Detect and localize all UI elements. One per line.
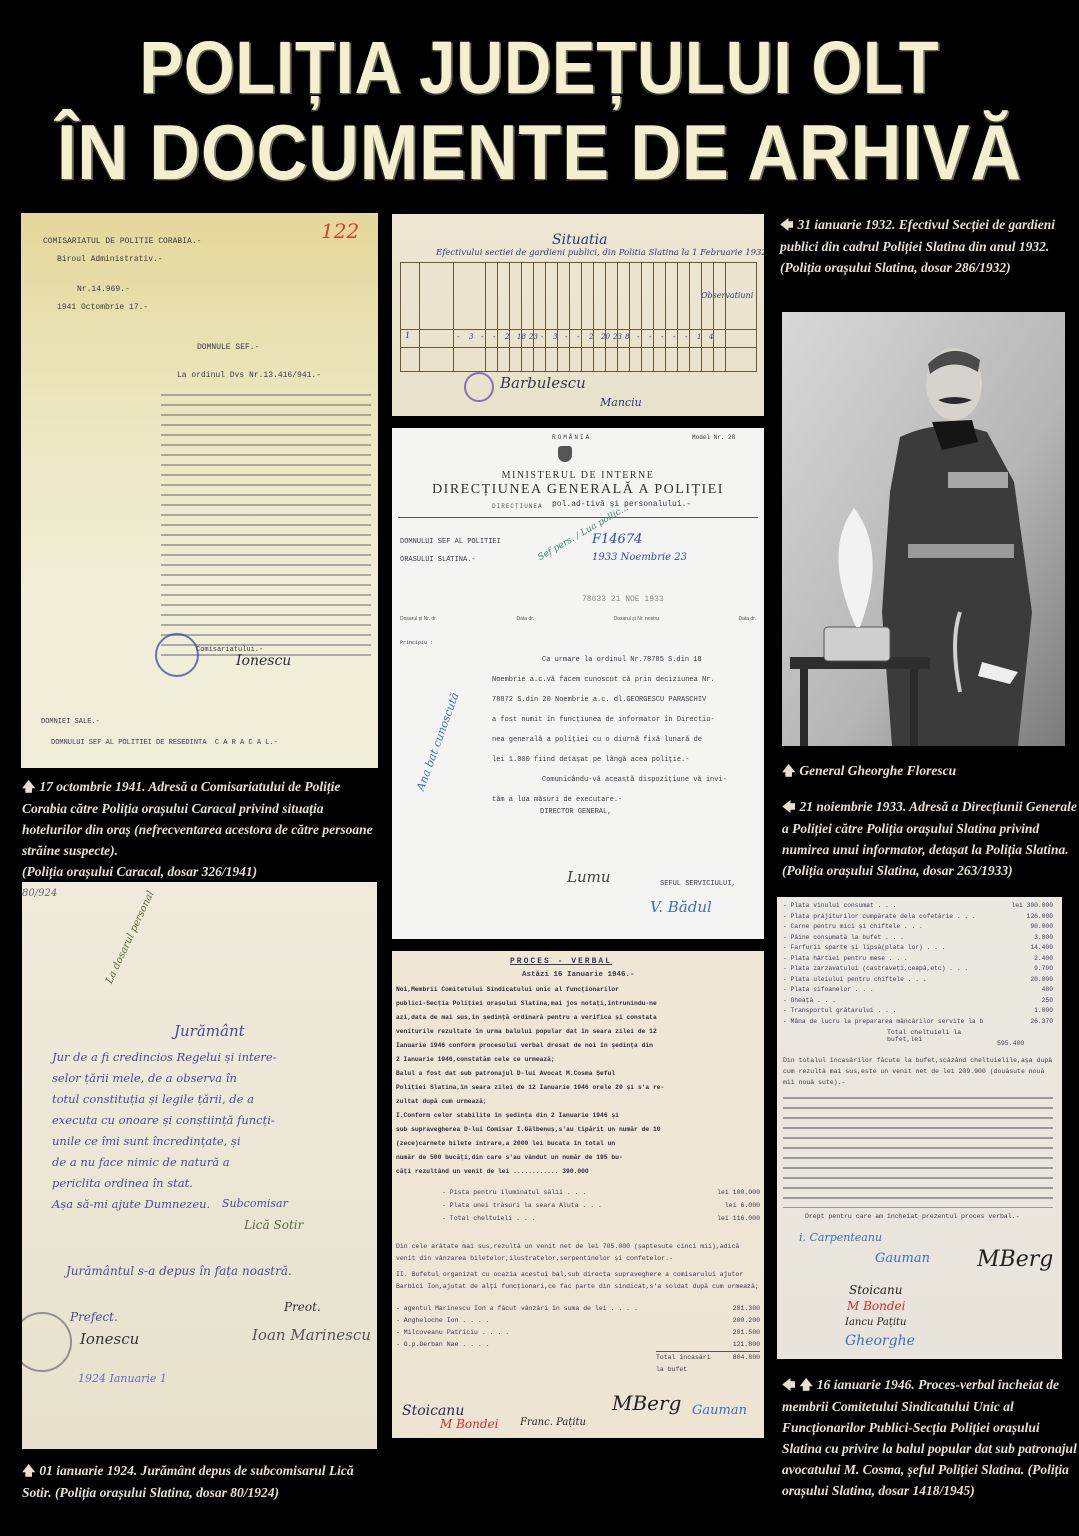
table-column-line: [677, 263, 678, 371]
signature: Gauman: [692, 1403, 747, 1418]
prefect-signature: Ionescu: [80, 1330, 139, 1348]
cost-label: - Farfurii sparte și lipsă(plata lor) . …: [783, 943, 946, 954]
letter-body: Ca urmare la ordinul Nr.78785 S.din 18No…: [492, 650, 762, 810]
signature: Barbulescu: [500, 374, 586, 392]
signature: MBerg: [612, 1391, 681, 1415]
cost-label: - Pâine consumată la bufet . . .: [783, 933, 904, 944]
remarks-header: Observatiuni: [701, 291, 753, 300]
cost-label: - Plata sifoanelor . . .: [783, 985, 874, 996]
arrow-up-icon: 🡅: [22, 1464, 35, 1479]
typed-body-block: [783, 1093, 1053, 1208]
seller-name: - Angheloche Ion . . . .: [396, 1315, 490, 1327]
table-cell: 23: [613, 333, 622, 341]
arrow-up-icon: 🡅: [22, 780, 35, 795]
table-column-line: [521, 263, 522, 371]
doc-date: 1941 Octombrie 17.-: [57, 303, 148, 312]
document-1924-oath[interactable]: 80/924 La dosarul personal Jurământ Jur …: [22, 882, 377, 1449]
expense-value: lei 100.000: [717, 1186, 760, 1199]
cost-value: 90.000: [1030, 922, 1053, 933]
registration-number: F14674: [592, 532, 642, 547]
letter-line: Ca urmare la ordinul Nr.78785 S.din 18: [492, 650, 762, 670]
table-column-line: [629, 263, 630, 371]
table-cell: -: [457, 333, 459, 341]
director-general-label: DIRECTOR GENERAL,: [540, 808, 611, 816]
doc-salutation: DOMNULE SEF.-: [197, 343, 259, 352]
cost-label: - Plata vinului consumat . . .: [783, 901, 896, 912]
table-cell: -: [673, 333, 675, 341]
doc-address-line: DOMNIEI SALE.-: [41, 718, 100, 726]
caption-1932: 🡄31 ianuarie 1932. Efectivul Secției de …: [780, 214, 1079, 278]
cost-value: 26.370: [1030, 1017, 1053, 1028]
cost-value: 480: [1042, 985, 1053, 996]
buffet-total-row: Total încasări la bufet804.800: [656, 1351, 760, 1376]
signature-red: M Bondei: [440, 1417, 499, 1431]
table-column-line: [569, 263, 570, 371]
signature: Gheorghe: [845, 1333, 915, 1349]
buffet-sale-row: - agentul Marinescu Ion a făcut vânzări …: [396, 1303, 760, 1315]
buffet-costs-total: 595.400: [997, 1040, 1024, 1047]
table-cell: 1: [697, 333, 701, 341]
cost-label: - Transportul grătarului . . .: [783, 1006, 896, 1017]
buffet-total-label: Total încasări la bufet: [656, 1352, 719, 1376]
cost-row: - Farfurii sparte și lipsă(plata lor) . …: [783, 943, 1053, 954]
buffet-net-text: Din totalul încasărilor făcute la bufet,…: [783, 1055, 1053, 1088]
divider: [398, 517, 758, 518]
signature: Lumu: [567, 868, 611, 886]
proces-verbal-line: azi,data de mai sus,în ședință ordinară …: [396, 1011, 760, 1025]
oath-body: Jur de a fi credincios Regelui și intere…: [52, 1047, 372, 1215]
proces-verbal-line: I.Conform celor stabilite în ședința din…: [396, 1109, 760, 1123]
signature: i. Carpenteanu: [799, 1231, 882, 1244]
buffet-costs-total-label: Total cheltuieli la bufet,lei: [887, 1029, 997, 1043]
table-column-line: [581, 263, 582, 371]
doc-header-line: COMISARIATUL DE POLITIE CORABIA.-: [43, 237, 201, 246]
expense-label: - Total cheltuieli . . .: [442, 1212, 536, 1225]
document-1932-gardieni-table[interactable]: Situatia Efectivului sectiei de gardieni…: [392, 214, 764, 416]
expense-row: - Total cheltuieli . . .lei 116.000: [442, 1212, 760, 1225]
document-1941-corabia-report[interactable]: COMISARIATUL DE POLITIE CORABIA.- Biroul…: [21, 213, 378, 768]
table-subtitle: Efectivului sectiei de gardieni publici,…: [436, 248, 764, 258]
proces-verbal-line: veniturile rezultate în urma balului pop…: [396, 1025, 760, 1039]
witness-statement: Jurământul s-a depus în fața noastră.: [66, 1260, 346, 1282]
arrow-left-icon: 🡄: [782, 1378, 795, 1393]
pencil-annotation: La dosarul personal: [104, 890, 157, 986]
cost-value: 2.400: [1034, 954, 1053, 965]
arrow-left-icon: 🡄: [782, 800, 795, 815]
signature: Iancu Pațitu: [845, 1317, 907, 1328]
expense-label: - Plata unei trăsuri la seara Aluta . . …: [442, 1199, 602, 1212]
cost-row: - Mâna de lucru la prepararea mâncărilor…: [783, 1017, 1053, 1028]
table-cell: -: [577, 333, 579, 341]
buffet-intro-text: II. Bufetul organizat cu ocazia acestui …: [396, 1269, 760, 1293]
sale-value: 200.200: [733, 1315, 760, 1327]
table-column-line: [509, 263, 510, 371]
oath-line: de a nu face nimic de natură a: [52, 1152, 372, 1173]
reference-field-label: Data dr.: [517, 616, 535, 626]
proces-verbal-body: Noi,Membrii Comitetului Sindicatului uni…: [396, 983, 760, 1179]
closing-line: Drept pentru care am încheiat prezentul …: [805, 1213, 1020, 1220]
cost-row: - Plata zarzavatului (castraveți,ceapă,e…: [783, 964, 1053, 975]
cost-label: - Plata prăjiturilor cumpărate dela cofe…: [783, 912, 976, 923]
cost-value: 3.800: [1034, 933, 1053, 944]
table-cell: -: [649, 333, 651, 341]
cost-row: - Plata vinului consumat . . .lei 300.00…: [783, 901, 1053, 912]
signature: Stoicanu: [849, 1283, 902, 1297]
proces-verbal-title: PROCES - VERBAL: [510, 957, 612, 966]
table-column-line: [713, 263, 714, 371]
arrow-left-icon: 🡄: [780, 218, 793, 233]
rank: Subcomisar: [222, 1197, 288, 1210]
cost-label: - Plata zarzavatului (castraveți,ceapă,e…: [783, 964, 968, 975]
proces-verbal-line: număr de 500 bucăți,din care s'au vândut…: [396, 1151, 760, 1165]
addressee-line: ORASULUI SLATINA.-: [400, 556, 476, 564]
cost-row: - Plata uleiului pentru chiftele . . .20…: [783, 975, 1053, 986]
table-cell: 3: [553, 333, 557, 341]
expenses-list: - Pista pentru iluminatul sălii . . .lei…: [442, 1186, 760, 1225]
table-cell: -: [685, 333, 687, 341]
table-column-line: [453, 263, 454, 371]
table-column-line: [617, 263, 618, 371]
caption-1946: 🡄🡅16 ianuarie 1946. Proces-verbal închei…: [782, 1374, 1079, 1501]
typed-body-block: [161, 389, 371, 664]
expense-label: - Pista pentru iluminatul sălii . . .: [442, 1186, 586, 1199]
stamp-icon: [464, 372, 494, 402]
expense-row: - Pista pentru iluminatul sălii . . .lei…: [442, 1186, 760, 1199]
buffet-sale-row: - Milcoveanu Patriciu . . . .201.500: [396, 1327, 760, 1339]
letter-line: tăm a lua măsuri de executare.-: [492, 790, 762, 810]
cost-row: - Pâine consumată la bufet . . .3.800: [783, 933, 1053, 944]
expense-row: - Plata unei trăsuri la seara Aluta . . …: [442, 1199, 760, 1212]
table-column-line: [593, 263, 594, 371]
caption-1924: 🡅01 ianuarie 1924. Jurământ depus de sub…: [22, 1460, 382, 1503]
photo-general-florescu[interactable]: [782, 312, 1065, 746]
poster-title-line-2: ÎN DOCUMENTE DE ARHIVĂ: [54, 110, 1025, 194]
letter-line: lei 1.000 fiind detașat pe lângă acea po…: [492, 750, 762, 770]
cost-row: - Plata hârtiei pentru mese . . .2.400: [783, 954, 1053, 965]
personnel-table: 1 Observatiuni -3--21823-3--220238-----1…: [400, 262, 757, 372]
proces-verbal-line: publici-Secția Poliției orașului Slatina…: [396, 997, 760, 1011]
registration-date: 1933 Noembrie 23: [592, 552, 687, 563]
folio-number: 122: [321, 219, 359, 243]
cost-label: - Plata hârtiei pentru mese . . .: [783, 954, 908, 965]
table-title: Situatia: [552, 232, 608, 248]
cost-label: - Carne pentru mici și chiftele . . .: [783, 922, 923, 933]
proces-verbal-line: Poliției Slatina,în seara zilei de 12 Ia…: [396, 1081, 760, 1095]
seal-icon: [22, 1312, 72, 1372]
cost-row: - Plata prăjiturilor cumpărate dela cofe…: [783, 912, 1053, 923]
arrow-up-icon: 🡅: [782, 764, 795, 779]
table-row-number: 1: [405, 331, 410, 340]
caption-photo: 🡅General Gheorghe Florescu: [782, 760, 1072, 782]
seller-name: - Milcoveanu Patriciu . . . .: [396, 1327, 509, 1339]
table-column-line: [641, 263, 642, 371]
letter-line: Noembrie a.c.vă facem cunoscut că prin d…: [492, 670, 762, 690]
signature: Ionescu: [236, 653, 291, 669]
document-1946-proces-verbal-page-1[interactable]: PROCES - VERBAL Astăzi 16 Ianuarie 1946.…: [392, 951, 764, 1438]
document-1946-proces-verbal-page-2[interactable]: - Plata vinului consumat . . .lei 300.00…: [777, 897, 1062, 1359]
proces-verbal-line: sub supravegherea D-lui Comisar I.Gălben…: [396, 1123, 760, 1137]
table-column-line: [485, 263, 486, 371]
cost-value: 20.000: [1030, 975, 1053, 986]
table-cell: -: [493, 333, 495, 341]
cost-value: 1.000: [1034, 1006, 1053, 1017]
table-cell: -: [565, 333, 567, 341]
proces-verbal-line: Noi,Membrii Comitetului Sindicatului uni…: [396, 983, 760, 997]
letter-line: Comunicându-vă această dispozițiune vă i…: [492, 770, 762, 790]
oath-line: Așa să-mi ajute Dumnezeu.: [52, 1194, 372, 1215]
oath-date: 1924 Ianuarie 1: [78, 1372, 167, 1385]
table-column-line: [497, 263, 498, 371]
table-column-line: [665, 263, 666, 371]
ministry-name: MINISTERUL DE INTERNE: [392, 470, 764, 481]
cost-row: - Plata sifoanelor . . .480: [783, 985, 1053, 996]
oath-taker-name: Lică Sotir: [244, 1218, 303, 1232]
reference-field-label: Dosarul și Nr. nostru: [614, 616, 659, 626]
proces-verbal-line: (zece)carnete bilete intrare,a 2000 lei …: [396, 1137, 760, 1151]
doc-header-line: Biroul Administrativ.-: [57, 255, 163, 264]
doc-reference: La ordinul Dvs Nr.13.416/941.-: [177, 371, 321, 380]
proces-verbal-line: Balul a fost dat sub patronajul D-lui Av…: [396, 1067, 760, 1081]
cost-value: 126.000: [1027, 912, 1053, 923]
table-column-line: [533, 263, 534, 371]
expense-value: lei 6.000: [725, 1199, 760, 1212]
arrow-up-icon: 🡅: [799, 1378, 812, 1393]
coat-of-arms-icon: [558, 446, 572, 462]
oath-line: periclita ordinea în stat.: [52, 1173, 372, 1194]
cost-row: - Transportul grătarului . . .1.000: [783, 1006, 1053, 1017]
reference-field-label: Dosarul și Nr. dr.: [400, 616, 437, 626]
table-column-line: [557, 263, 558, 371]
buffet-sale-row: - G.p.Gerban Nae . . . .121.800: [396, 1339, 760, 1351]
proces-verbal-line: zultat după cum urmează;: [396, 1095, 760, 1109]
table-cell: 18: [517, 333, 526, 341]
reference-field-label: Data dr.: [738, 616, 756, 626]
portrait-illustration: [782, 312, 1065, 746]
table-cell: -: [481, 333, 483, 341]
doc-model: Model Nr. 28: [692, 434, 735, 441]
cost-row: - Carne pentru mici și chiftele . . .90.…: [783, 922, 1053, 933]
addressee-line: DOMNULUI SEF AL POLITIEI: [400, 538, 501, 546]
cost-value: 14.400: [1030, 943, 1053, 954]
doc-number: Nr.14.969.-: [77, 285, 130, 294]
buffet-sale-row: - Angheloche Ion . . . .200.200: [396, 1315, 760, 1327]
proces-verbal-line: 2 Ianuarie 1946,constatăm cele ce urmeaz…: [396, 1053, 760, 1067]
service-chief-label: SEFUL SERVICIULUI,: [660, 880, 736, 888]
table-column-line: [701, 263, 702, 371]
cost-row: - Gheață . . .250: [783, 996, 1053, 1007]
reference-fields-row: Dosarul și Nr. dr.Data dr.Dosarul și Nr.…: [400, 616, 756, 626]
table-cell: 8: [625, 333, 629, 341]
buffet-total-value: 804.800: [733, 1352, 760, 1376]
signature: MBerg: [977, 1247, 1053, 1272]
signature-red: M Bondei: [847, 1299, 906, 1313]
table-cell: 2: [589, 333, 593, 341]
proces-verbal-continuation: Din cele arătate mai sus,rezultă un veni…: [396, 1241, 760, 1293]
doc-address-line: DOMNULUI SEF AL POLITIEI DE RESEDINTA C …: [51, 739, 278, 747]
net-income-text: Din cele arătate mai sus,rezultă un veni…: [396, 1241, 760, 1265]
caption-1933: 🡄21 noiembrie 1933. Adresă a Direcțiunii…: [782, 796, 1079, 881]
table-column-line: [653, 263, 654, 371]
priest-signature: Ioan Marinescu: [252, 1326, 371, 1344]
cost-label: - Gheață . . .: [783, 996, 836, 1007]
cost-label: - Plata uleiului pentru chiftele . . .: [783, 975, 927, 986]
letter-line: nea generală a poliției cu o diurnă fixă…: [492, 730, 762, 750]
seller-name: - G.p.Gerban Nae . . . .: [396, 1339, 490, 1351]
oath-line: executa cu onoare și conștiință funcți-: [52, 1110, 372, 1131]
proces-verbal-line: Ianuarie 1946 conform procesului verbal …: [396, 1039, 760, 1053]
blue-annotation: Ana bat cunoscută: [414, 691, 462, 793]
signature: Franc. Pațitu: [520, 1417, 586, 1428]
table-column-line: [605, 263, 606, 371]
cost-value: 250: [1042, 996, 1053, 1007]
cost-value: lei 300.000: [1011, 901, 1053, 912]
buffet-sales-list: - agentul Marinescu Ion a făcut vânzări …: [396, 1303, 760, 1376]
table-column-line: [725, 263, 726, 371]
table-cell: -: [541, 333, 543, 341]
caption-1941: 🡅17 octombrie 1941. Adresă a Comisariatu…: [22, 776, 377, 882]
file-annotation: 80/924: [22, 888, 57, 899]
expense-value: lei 116.000: [717, 1212, 760, 1225]
direction-label: DIRECȚIUNEA: [492, 503, 543, 510]
oath-line: Jur de a fi credincios Regelui și intere…: [52, 1047, 372, 1068]
signature: V. Bădul: [650, 898, 712, 916]
priest-label: Preot.: [284, 1300, 321, 1314]
proces-verbal-date: Astăzi 16 Ianuarie 1946.-: [522, 971, 635, 979]
directorate-name: DIRECȚIUNEA GENERALĂ A POLIȚIEI: [392, 482, 764, 498]
seller-name: - agentul Marinescu Ion a făcut vânzări …: [396, 1303, 638, 1315]
signature: Manciu: [600, 396, 642, 409]
sale-value: 121.800: [733, 1339, 760, 1351]
letter-line: 78872 S.din 20 Noembrie a.c. dl.GEORGESC…: [492, 690, 762, 710]
cost-label: - Mâna de lucru la prepararea mâncărilor…: [783, 1017, 983, 1028]
table-column-line: [689, 263, 690, 371]
police-stamp-icon: [155, 633, 199, 677]
receipt-stamp: 78633 21 NOE 1933: [582, 595, 664, 604]
doc-country: ROMÂNIA: [552, 434, 591, 441]
oath-title: Jurământ: [174, 1022, 245, 1040]
poster-title-line-1: POLIȚIA JUDEȚULUI OLT: [65, 28, 1015, 108]
table-cell: 23: [529, 333, 538, 341]
oath-line: unile ce îmi sunt încredințate, și: [52, 1131, 372, 1152]
buffet-costs-list: - Plata vinului consumat . . .lei 300.00…: [783, 901, 1053, 1027]
letter-line: a fost numit în funcțiunea de informator…: [492, 710, 762, 730]
table-cell: 4: [709, 333, 713, 341]
signature: Gauman: [875, 1251, 930, 1266]
sale-value: 201.500: [733, 1327, 760, 1339]
principle-label: Principiu :: [400, 640, 433, 646]
table-column-line: [545, 263, 546, 371]
oath-line: selor țării mele, de a observa în: [52, 1068, 372, 1089]
table-cell: 20: [601, 333, 610, 341]
table-column-line: [419, 263, 420, 371]
table-cell: -: [661, 333, 663, 341]
document-1933-ministry-address[interactable]: ROMÂNIA Model Nr. 28 MINISTERUL DE INTER…: [392, 428, 764, 939]
table-cell: -: [637, 333, 639, 341]
prefect-label: Prefect.: [70, 1310, 118, 1324]
sale-value: 281.300: [733, 1303, 760, 1315]
table-cell: 2: [505, 333, 509, 341]
proces-verbal-line: căți rezultând un venit de lei .........…: [396, 1165, 760, 1179]
cost-value: 9.700: [1034, 964, 1053, 975]
table-cell: 3: [469, 333, 473, 341]
oath-line: totul constituția și legile țării, de a: [52, 1089, 372, 1110]
